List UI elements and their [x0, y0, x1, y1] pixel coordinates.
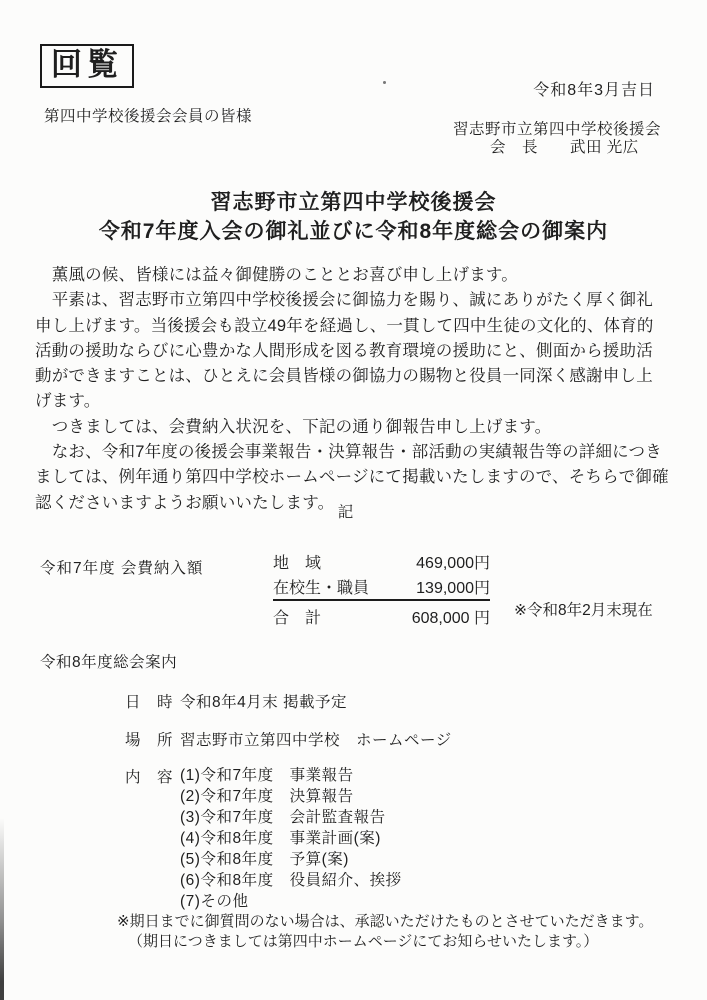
datetime-label: 日 時	[125, 690, 180, 712]
recipient-line: 第四中学校後援会会員の皆様	[44, 104, 252, 126]
document-date: 令和8年3月吉日	[533, 77, 655, 100]
agenda-item: (5)令和8年度 予算(案)	[180, 849, 402, 870]
fee-row-region: 地 域 469,000円	[273, 549, 490, 574]
title-line-2: 令和7年度入会の御礼並びに令和8年度総会の御案内	[0, 217, 707, 246]
footnote-line-1: ※期日までに御質問のない場合は、承認いただけたものとさせていただきます。	[117, 910, 653, 931]
place-value: 習志野市立第四中学校 ホームページ	[180, 728, 452, 750]
agenda-item: (2)令和7年度 決算報告	[180, 786, 402, 807]
scanned-circular-document: 回覧 令和8年3月吉日 第四中学校後援会会員の皆様 習志野市立第四中学校後援会 …	[0, 0, 707, 1000]
fee-amount: 469,000円	[416, 550, 490, 573]
meeting-place-row: 場 所 習志野市立第四中学校 ホームページ	[125, 728, 452, 750]
fee-amount: 139,000円	[416, 575, 490, 598]
record-mark: 記	[0, 500, 693, 522]
document-title: 習志野市立第四中学校後援会 令和7年度入会の御礼並びに令和8年度総会の御案内	[0, 188, 707, 246]
body-line: 平素は、習志野市立第四中学校後援会に御協力を賜り、誠にありがたく厚く御礼	[35, 288, 680, 313]
datetime-value: 令和8年4月末 掲載予定	[180, 690, 347, 712]
body-line: 活動の援助ならびに心豊かな人間形成を図る教育環境の援助にと、側面から援助活	[35, 339, 680, 364]
agenda-item: (4)令和8年度 事業計画(案)	[180, 828, 402, 849]
circulation-stamp: 回覧	[40, 44, 134, 88]
meeting-contents-row: 内 容 (1)令和7年度 事業報告 (2)令和7年度 決算報告 (3)令和7年度…	[125, 765, 402, 912]
body-line: 申し上げます。当後援会も設立49年を経過し、一貫して四中生徒の文化的、体育的	[35, 314, 680, 339]
meeting-heading: 令和8年度総会案内	[40, 650, 177, 672]
body-line: 薫風の候、皆様には益々御健勝のこととお喜び申し上げます。	[35, 263, 680, 288]
agenda-item: (7)その他	[180, 891, 402, 912]
title-line-1: 習志野市立第四中学校後援会	[0, 188, 707, 217]
body-line: 動ができますことは、ひとえに会員皆様の御協力の賜物と役員一同深く感謝申し上	[35, 364, 680, 389]
footnote-line-2: （期日につきましては第四中ホームページにてお知らせいたします。）	[128, 930, 598, 951]
place-label: 場 所	[125, 728, 180, 750]
agenda-item: (1)令和7年度 事業報告	[180, 765, 402, 786]
fees-as-of-note: ※令和8年2月末現在	[514, 598, 653, 620]
body-line: なお、令和7年度の後援会事業報告・決算報告・部活動の実績報告等の詳細につき	[35, 440, 680, 465]
sender-chairman: 会 長 武田 光広	[490, 139, 661, 156]
fee-label: 地 域	[273, 550, 321, 573]
body-line: げます。	[35, 389, 680, 414]
body-line: つきましては、会費納入状況を、下記の通り御報告申し上げます。	[35, 415, 680, 440]
scan-edge-artifact	[0, 818, 4, 1000]
agenda-item: (6)令和8年度 役員紹介、挨拶	[180, 870, 402, 891]
fee-row-total: 合 計 608,000 円	[273, 601, 490, 629]
fee-amount: 608,000 円	[412, 605, 490, 628]
agenda-list: (1)令和7年度 事業報告 (2)令和7年度 決算報告 (3)令和7年度 会計監…	[180, 765, 402, 912]
fees-heading: 令和7年度 会費納入額	[40, 556, 203, 578]
fee-row-students-staff: 在校生・職員 139,000円	[273, 574, 490, 601]
fee-label: 在校生・職員	[273, 575, 369, 598]
meeting-datetime-row: 日 時 令和8年4月末 掲載予定	[125, 690, 347, 712]
sender-organization: 習志野市立第四中学校後援会	[453, 121, 661, 138]
scan-speck	[383, 81, 386, 84]
agenda-item: (3)令和7年度 会計監査報告	[180, 807, 402, 828]
body-line: ましては、例年通り第四中学校ホームページにて掲載いたしますので、そちらで御確	[35, 465, 680, 490]
body-paragraphs: 薫風の候、皆様には益々御健勝のこととお喜び申し上げます。 平素は、習志野市立第四…	[35, 263, 680, 516]
sender-block: 習志野市立第四中学校後援会 会 長 武田 光広	[453, 121, 661, 156]
fee-table: 地 域 469,000円 在校生・職員 139,000円 合 計 608,000…	[273, 549, 490, 629]
fee-label: 合 計	[273, 605, 321, 628]
contents-label: 内 容	[125, 765, 180, 912]
